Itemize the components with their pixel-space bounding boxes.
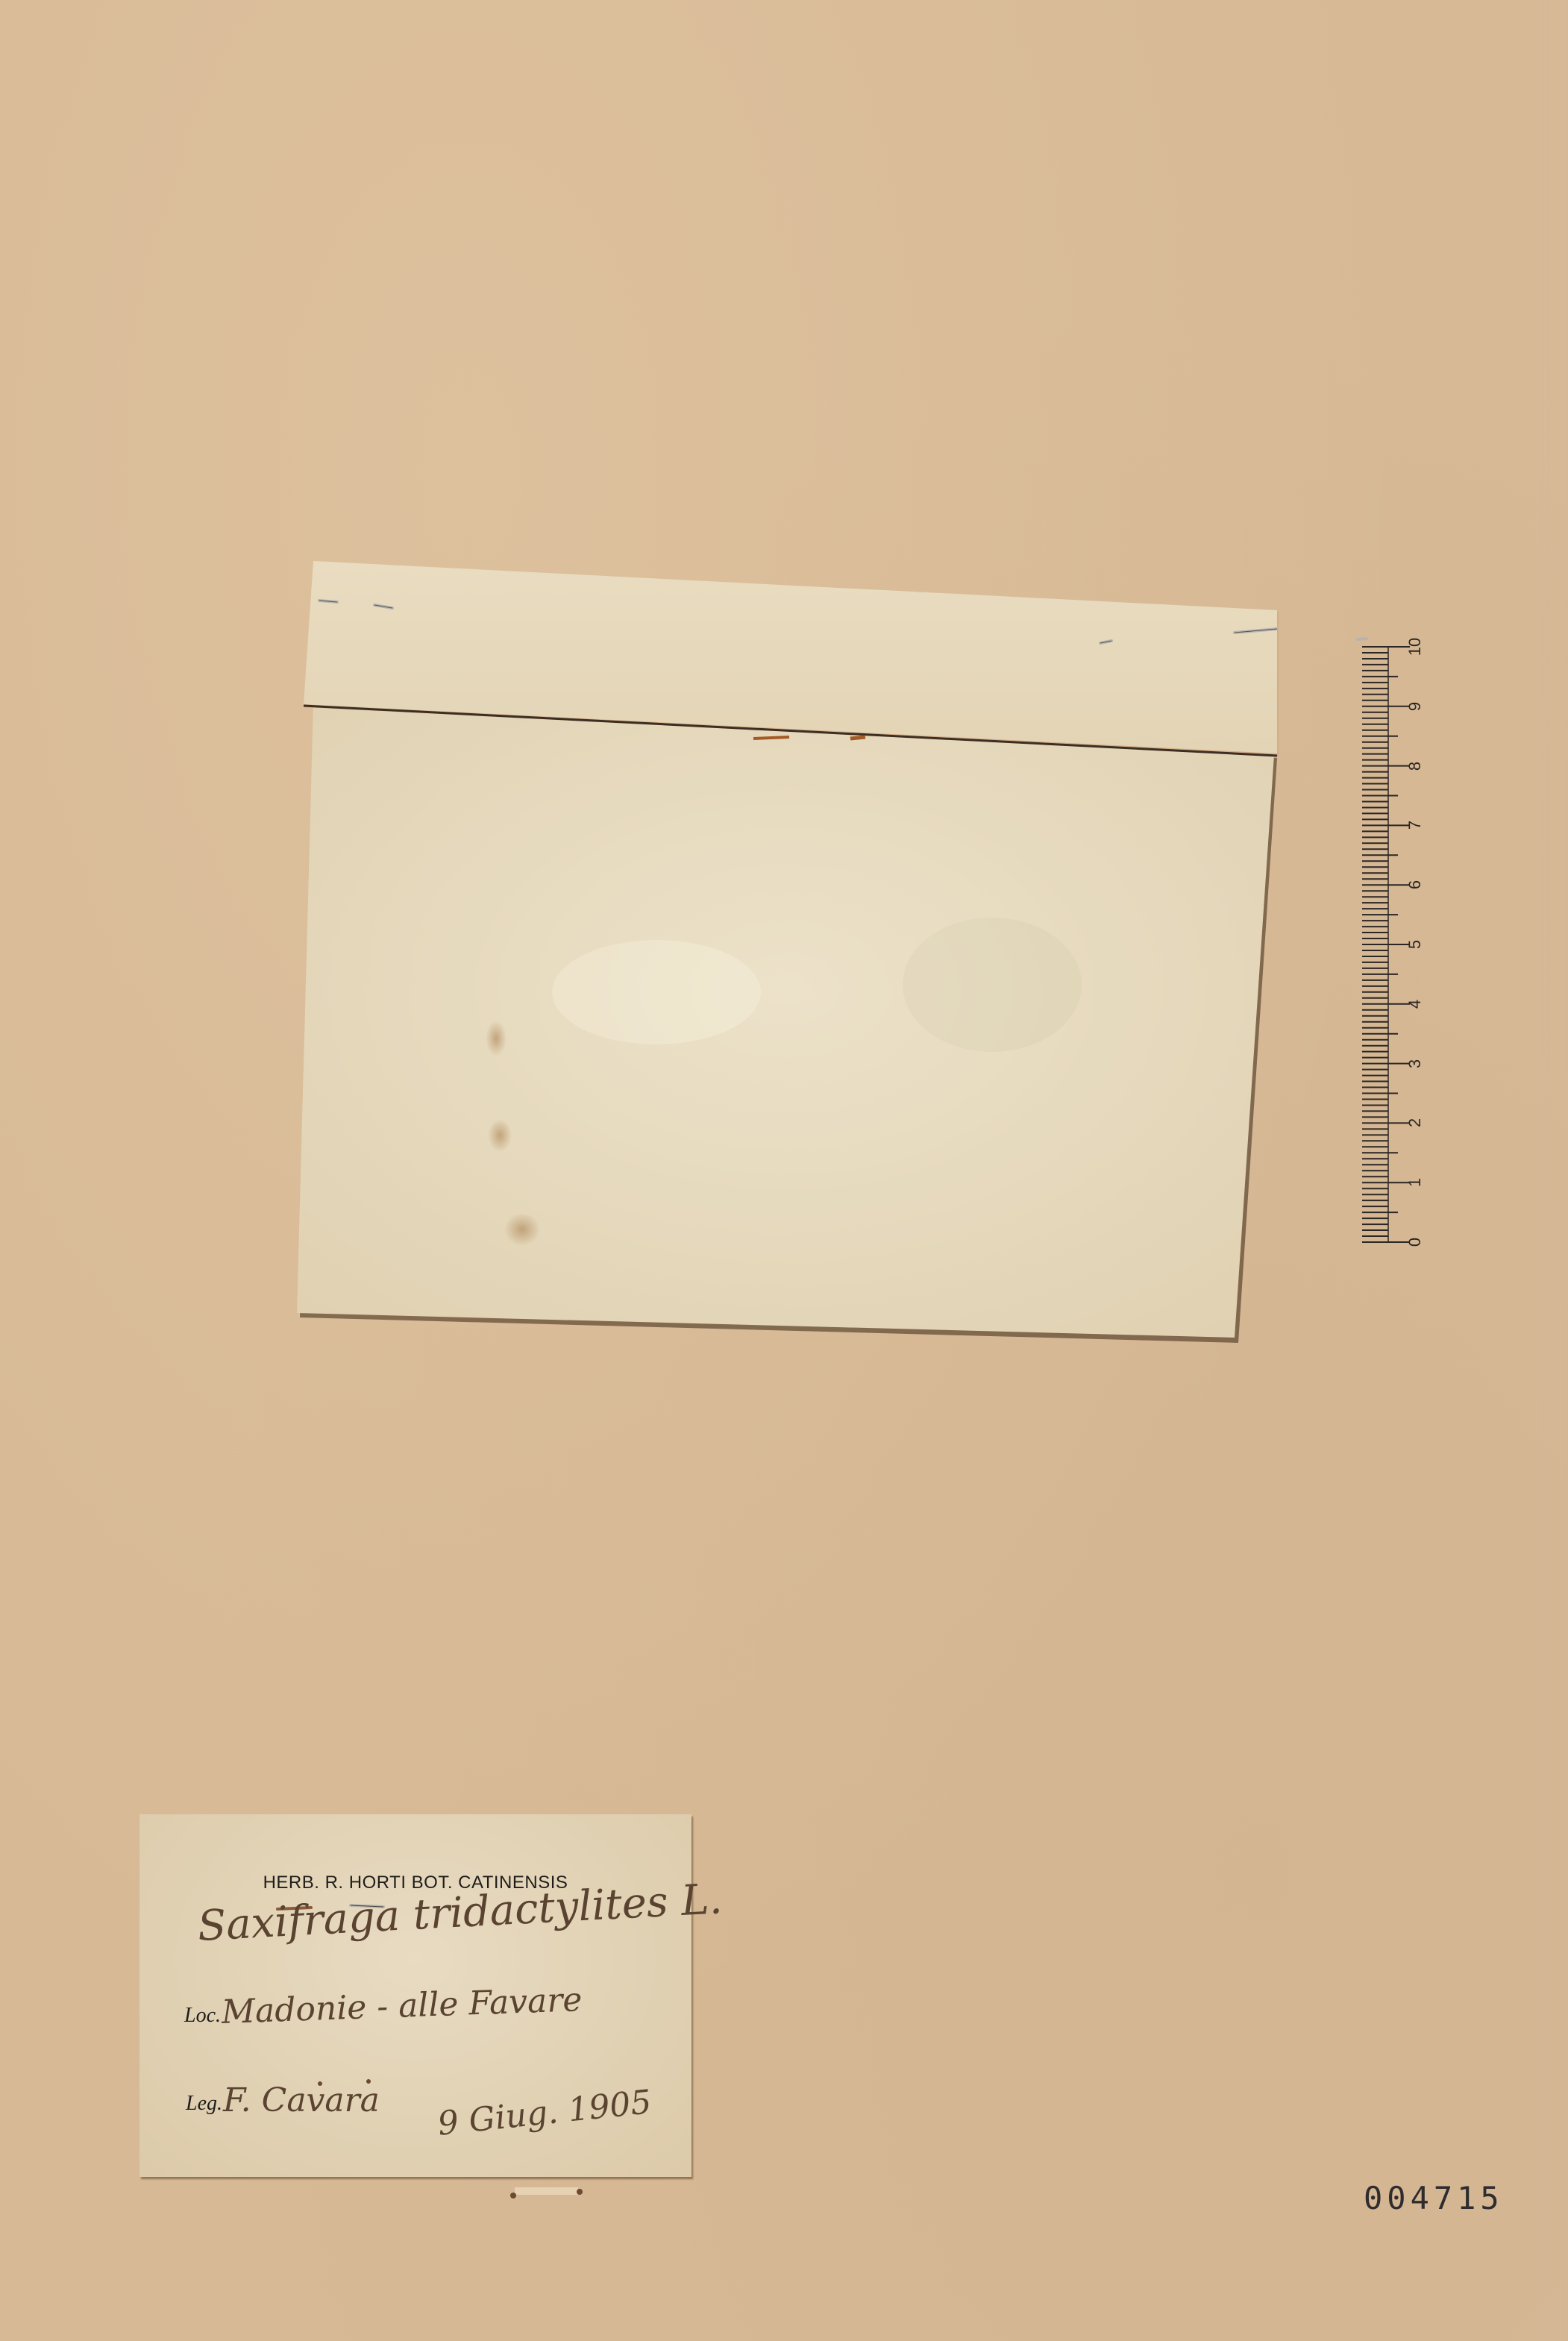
label-bottom-pins — [0, 0, 1568, 2341]
catalog-number: 004715 — [1364, 2180, 1504, 2216]
